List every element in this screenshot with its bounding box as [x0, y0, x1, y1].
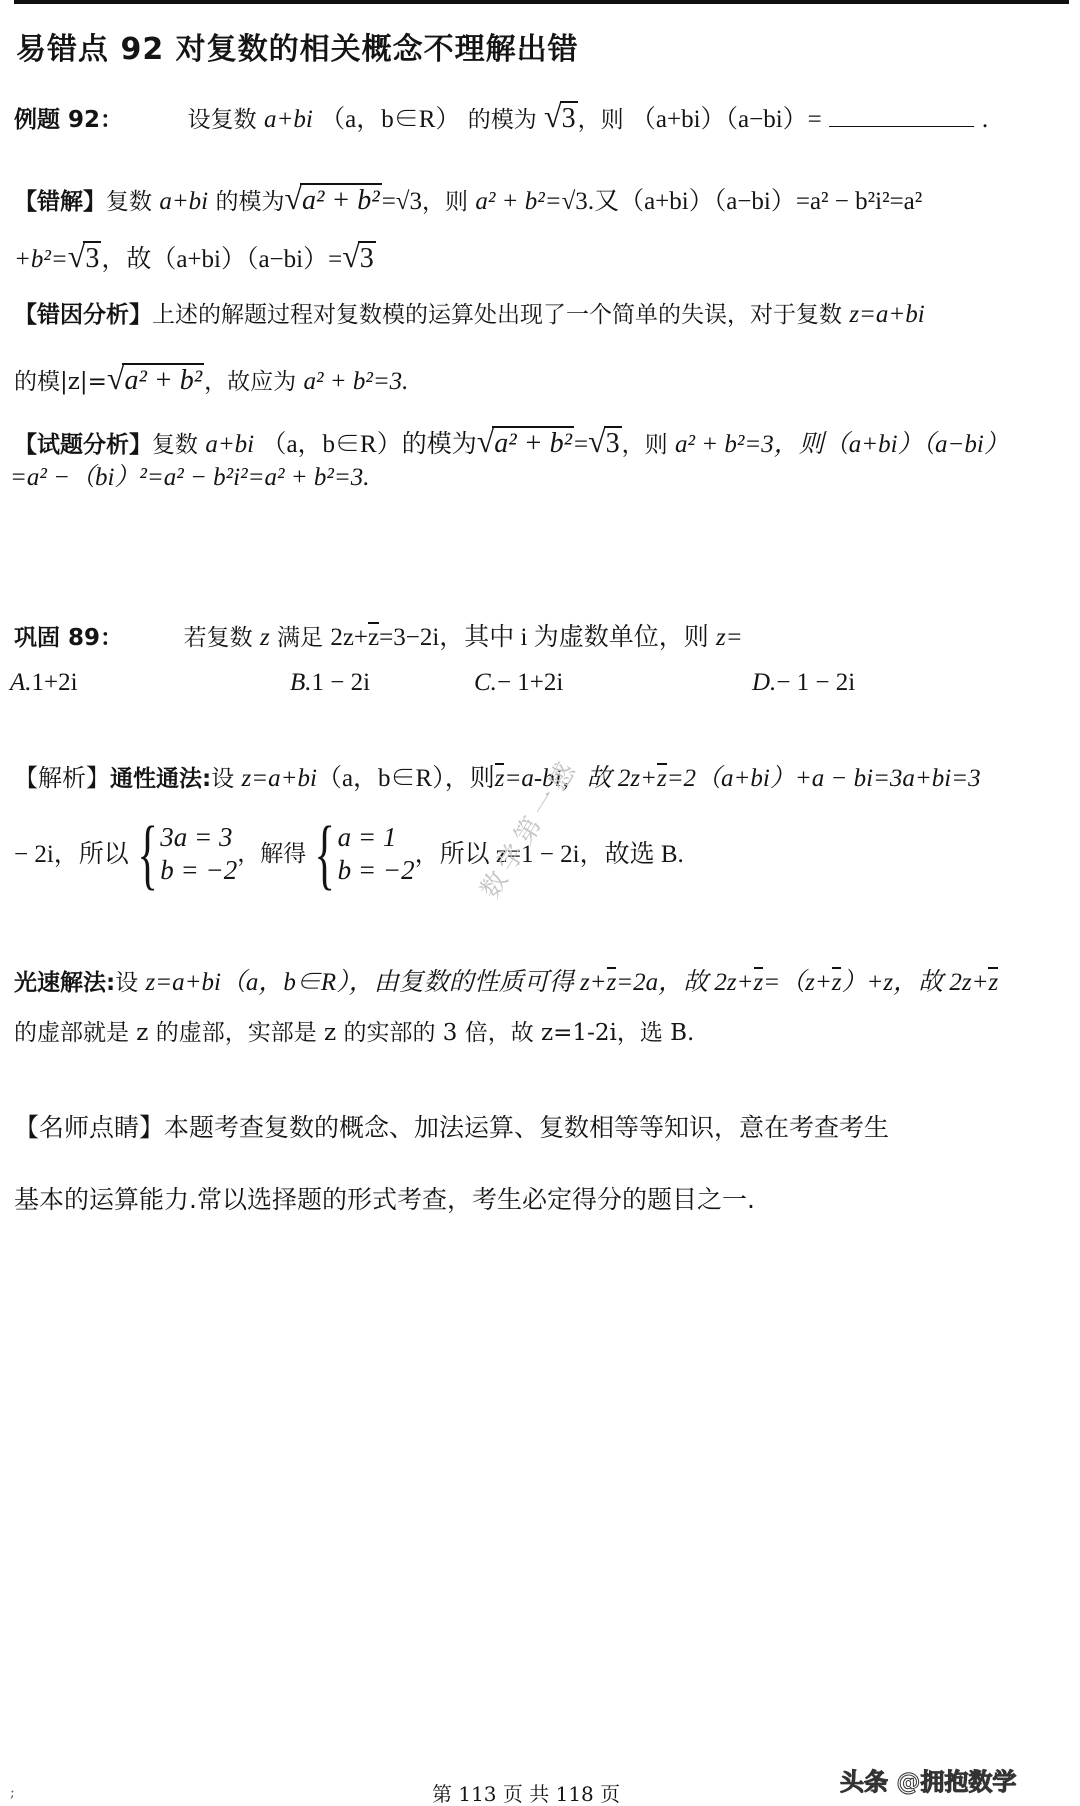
option-b[interactable]: B.1 − 2i	[290, 670, 370, 695]
source-watermark: 头条 @拥抱数学	[840, 1762, 1016, 1797]
fast-solution-line1: 光速解法:设 z=a+bi（a，b∈R），由复数的性质可得 z+z=2a，故 2…	[14, 967, 998, 995]
example-label: 例题 92：	[14, 107, 123, 133]
page-number: 第 113 页 共 118 页	[432, 1778, 620, 1806]
wrong-solution-line1: 【错解】复数 a+bi 的模为√a² + b²=√3，则 a² + b²=√3.…	[14, 182, 922, 215]
sqrt-a2-b2: √a² + b²	[284, 182, 381, 215]
teacher-note-line2: 基本的运算能力.常以选择题的形式考查，考生必定得分的题目之一.	[14, 1180, 755, 1216]
solution-line1: 【解析】通性通法:设 z=a+bi（a，b∈R），则z=a-bi，故 2z+z=…	[14, 763, 981, 791]
solution-line2: − 2i，所以 {3a = 3b = −2 ，解得 {a = 1b = −2 ，…	[14, 815, 684, 893]
option-c[interactable]: C.− 1+2i	[474, 670, 563, 695]
fast-solution-line2: 的虚部就是 z 的虚部，实部是 z 的实部的 3 倍，故 z=1-2i，选 B.	[14, 1022, 694, 1045]
equation-system-2: {a = 1b = −2	[306, 815, 414, 893]
footer-mark: ;	[10, 1785, 15, 1801]
consolidation-89: 巩固 89： 若复数 z 满足 2z+z=3−2i，其中 i 为虚数单位，则 z…	[14, 622, 743, 650]
example-92: 例题 92： 设复数 a+bi （a，b∈R） 的模为 √3，则 （a+bi）（…	[14, 100, 989, 133]
error-analysis-line1: 【错因分析】上述的解题过程对复数模的运算处出现了一个简单的失误，对于复数 z=a…	[14, 302, 925, 327]
option-d[interactable]: D.− 1 − 2i	[752, 670, 855, 695]
test-analysis-line1: 【试题分析】复数 a+bi （a，b∈R）的模为√a² + b²=√3，则 a²…	[14, 425, 1009, 458]
answer-blank[interactable]	[829, 106, 974, 127]
page-title: 易错点 92 对复数的相关概念不理解出错	[16, 24, 579, 68]
equation-system-1: {3a = 3b = −2	[129, 815, 237, 893]
top-rule	[14, 0, 1069, 4]
test-analysis-line2: =a² −（bi）²=a² − b²i²=a² + b²=3.	[10, 465, 369, 490]
wrong-solution-line2: +b²=√3，故（a+bi）（a−bi）=√3	[14, 240, 376, 273]
sqrt-3: √3	[544, 100, 578, 133]
teacher-note-line1: 【名师点睛】本题考查复数的概念、加法运算、复数相等等知识，意在考查考生	[14, 1108, 889, 1144]
option-a[interactable]: A.1+2i	[10, 670, 78, 695]
error-analysis-line2: 的模|z|=√a² + b²，故应为 a² + b²=3.	[14, 362, 408, 395]
